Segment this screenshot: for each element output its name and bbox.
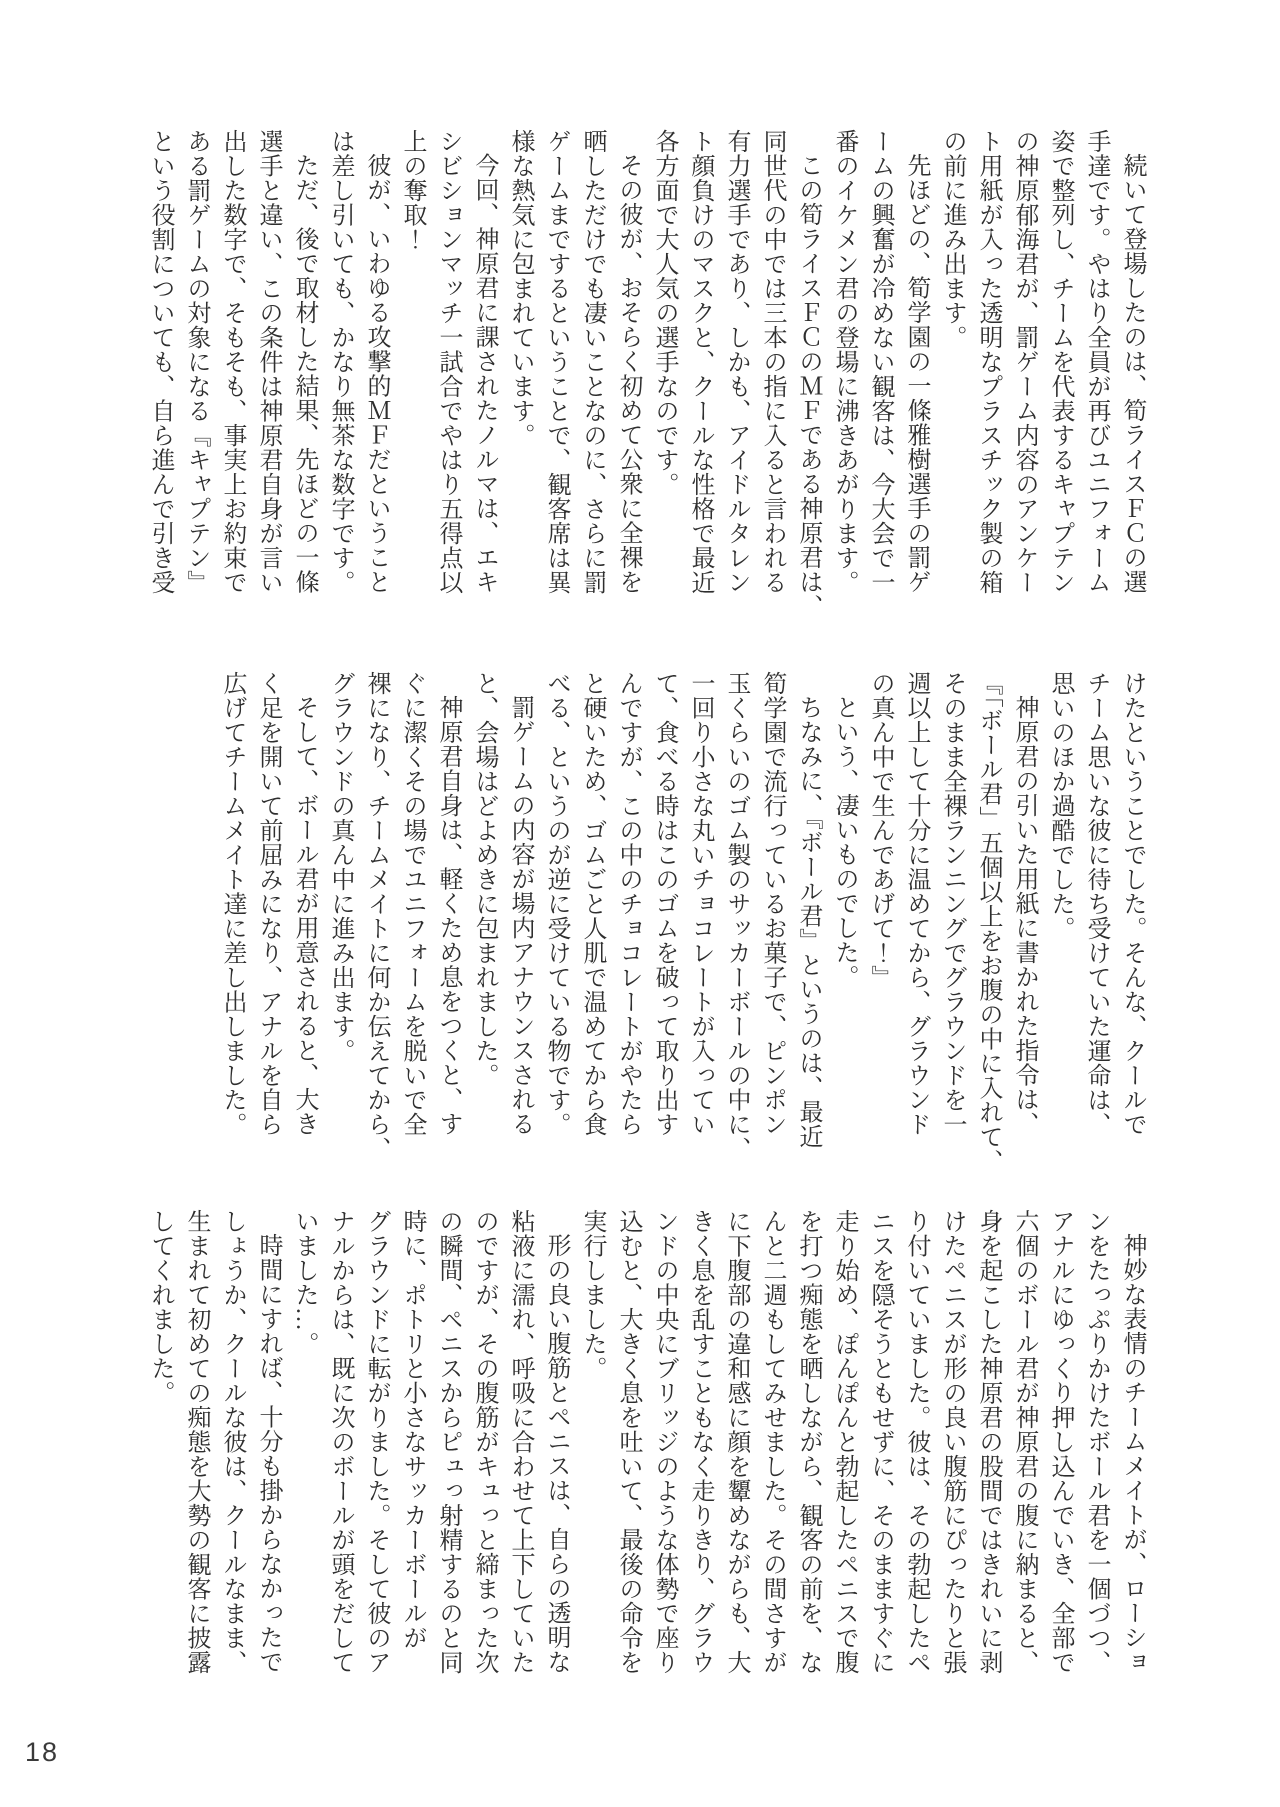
text-column: り付いていました。彼は、その勃起したペ — [898, 1209, 934, 1675]
text-column: 同世代の中では三本の指に入ると言われる — [754, 129, 790, 595]
text-column: そのまま全裸ランニングでグラウンドを一 — [934, 671, 970, 1137]
text-column: そして、ボール君が用意されると、大き — [286, 671, 322, 1137]
text-block-1: 続いて登場したのは、筍ライスＦＣの選手達です。やはり全員が再びユニフォーム姿で整… — [142, 129, 1150, 595]
text-column: 続いて登場したのは、筍ライスＦＣの選 — [1114, 129, 1150, 595]
text-column: 裸になり、チームメイトに何か伝えてから、 — [358, 671, 394, 1137]
text-block-3: 神妙な表情のチームメイトが、ローションをたっぷりかけたボール君を一個づつ、アナル… — [142, 1209, 1150, 1675]
text-column: 広げてチームメイト達に差し出しました。 — [214, 671, 250, 1137]
text-column: 身を起こした神原君の股間ではきれいに剥 — [970, 1209, 1006, 1675]
text-column: ンドの中央にブリッジのような体勢で座り — [646, 1209, 682, 1675]
text-column: きく息を乱すこともなく走りきり、グラウ — [682, 1209, 718, 1675]
text-column: 筍学園で流行っているお菓子で、ピンポン — [754, 671, 790, 1137]
text-column: 粘液に濡れ、呼吸に合わせて上下していた — [502, 1209, 538, 1675]
page-number: 18 — [25, 1737, 59, 1768]
text-column: の真ん中で生んであげて！』 — [862, 671, 898, 1137]
text-column: 一回り小さな丸いチョコレートが入ってい — [682, 671, 718, 1137]
text-column: チーム思いな彼に待ち受けていた運命は、 — [1078, 671, 1114, 1137]
text-column: 実行しました。 — [574, 1209, 610, 1675]
text-column: の神原郁海君が、罰ゲーム内容のアンケー — [1006, 129, 1042, 595]
text-column: のですが、その腹筋がキュっと締まった次 — [466, 1209, 502, 1675]
text-column: ニスを隠そうともせずに、そのまますぐに — [862, 1209, 898, 1675]
text-column: ただ、後で取材した結果、先ほどの一條 — [286, 129, 322, 595]
text-column: の前に進み出ます。 — [934, 129, 970, 595]
text-column: んと二週もしてみせました。その間さすが — [754, 1209, 790, 1675]
text-column: は差し引いても、かなり無茶な数字です。 — [322, 129, 358, 595]
text-column: 手達です。やはり全員が再びユニフォーム — [1078, 129, 1114, 595]
text-column: ト顔負けのマスクと、クールな性格で最近 — [682, 129, 718, 595]
text-column: 週以上して十分に温めてから、グラウンド — [898, 671, 934, 1137]
text-column: んですが、この中のチョコレートがやたら — [610, 671, 646, 1137]
text-column: を打つ痴態を晒しながら、観客の前を、な — [790, 1209, 826, 1675]
text-column: グラウンドに転がりました。そして彼のア — [358, 1209, 394, 1675]
text-column: してくれました。 — [142, 1209, 178, 1675]
text-column: 上の奪取！ — [394, 129, 430, 595]
text-column: て、食べる時はこのゴムを破って取り出す — [646, 671, 682, 1137]
text-column: ナルからは、既に次のボールが頭をだして — [322, 1209, 358, 1675]
text-column: 彼が、いわゆる攻撃的ＭＦだということ — [358, 129, 394, 595]
text-column: 様な熱気に包まれています。 — [502, 129, 538, 595]
text-column: ぐに潔くその場でユニフォームを脱いで全 — [394, 671, 430, 1137]
text-column: この筍ライスＦＣのＭＦである神原君は、 — [790, 129, 826, 595]
text-column: 思いのほか過酷でした。 — [1042, 671, 1078, 1137]
text-column: 各方面で大人気の選手なのです。 — [646, 129, 682, 595]
text-column: ト用紙が入った透明なプラスチック製の箱 — [970, 129, 1006, 595]
text-column: く足を開いて前屈みになり、アナルを自ら — [250, 671, 286, 1137]
text-column: 晒しただけでも凄いことなのに、さらに罰 — [574, 129, 610, 595]
text-column: 生まれて初めての痴態を大勢の観客に披露 — [178, 1209, 214, 1675]
text-column: 込むと、大きく息を吐いて、最後の命令を — [610, 1209, 646, 1675]
text-column: と、会場はどよめきに包まれました。 — [466, 671, 502, 1137]
text-column: ームの興奮が冷めない観客は、今大会で一 — [862, 129, 898, 595]
text-column: 時間にすれば、十分も掛からなかったで — [250, 1209, 286, 1675]
text-column: 姿で整列し、チームを代表するキャプテン — [1042, 129, 1078, 595]
text-column: 神原君の引いた用紙に書かれた指令は、 — [1006, 671, 1042, 1137]
text-column: ゲームまでするということで、観客席は異 — [538, 129, 574, 595]
text-column: ある罰ゲームの対象になる『キャプテン』 — [178, 129, 214, 595]
text-column: シビションマッチ一試合でやはり五得点以 — [430, 129, 466, 595]
text-column: 出した数字で、そもそも、事実上お約束で — [214, 129, 250, 595]
text-column: けたペニスが形の良い腹筋にぴったりと張 — [934, 1209, 970, 1675]
text-column: 有力選手であり、しかも、アイドルタレン — [718, 129, 754, 595]
text-block-2: けたということでした。そんな、クールでチーム思いな彼に待ち受けていた運命は、思い… — [214, 671, 1150, 1137]
text-column: 走り始め、ぽんぽんと勃起したペニスで腹 — [826, 1209, 862, 1675]
text-column: という役割についても、自ら進んで引き受 — [142, 129, 178, 595]
text-column: しょうか、クールな彼は、クールなまま、 — [214, 1209, 250, 1675]
text-column: 形の良い腹筋とペニスは、自らの透明な — [538, 1209, 574, 1675]
text-column: 番のイケメン君の登場に沸きあがります。 — [826, 129, 862, 595]
text-column: 玉くらいのゴム製のサッカーボールの中に、 — [718, 671, 754, 1137]
text-column: ちなみに、『ボール君』というのは、最近 — [790, 671, 826, 1137]
text-column: アナルにゆっくり押し込んでいき、全部で — [1042, 1209, 1078, 1675]
text-column: 罰ゲームの内容が場内アナウンスされる — [502, 671, 538, 1137]
text-column: 神原君自身は、軽くため息をつくと、す — [430, 671, 466, 1137]
text-column: べる、というのが逆に受けている物です。 — [538, 671, 574, 1137]
text-column: 『「ボール君」五個以上をお腹の中に入れて、 — [970, 671, 1006, 1137]
text-column: いました…。 — [286, 1209, 322, 1675]
text-column: 選手と違い、この条件は神原君自身が言い — [250, 129, 286, 595]
text-column: その彼が、おそらく初めて公衆に全裸を — [610, 129, 646, 595]
text-column: 神妙な表情のチームメイトが、ローショ — [1114, 1209, 1150, 1675]
text-column: グラウンドの真ん中に進み出ます。 — [322, 671, 358, 1137]
text-column: 先ほどの、筍学園の一條雅樹選手の罰ゲ — [898, 129, 934, 595]
text-column: ンをたっぷりかけたボール君を一個づつ、 — [1078, 1209, 1114, 1675]
text-column: けたということでした。そんな、クールで — [1114, 671, 1150, 1137]
text-column: 今回、神原君に課されたノルマは、エキ — [466, 129, 502, 595]
text-column: に下腹部の違和感に顔を顰めながらも、大 — [718, 1209, 754, 1675]
text-column: の瞬間、ペニスからピュっ射精するのと同 — [430, 1209, 466, 1675]
text-column: と硬いため、ゴムごと人肌で温めてから食 — [574, 671, 610, 1137]
text-column: 六個のボール君が神原君の腹に納まると、 — [1006, 1209, 1042, 1675]
text-column: 時に、ポトリと小さなサッカーボールが — [394, 1209, 430, 1675]
text-column: という、凄いものでした。 — [826, 671, 862, 1137]
scanned-document-page: 続いて登場したのは、筍ライスＦＣの選手達です。やはり全員が再びユニフォーム姿で整… — [0, 0, 1280, 1807]
